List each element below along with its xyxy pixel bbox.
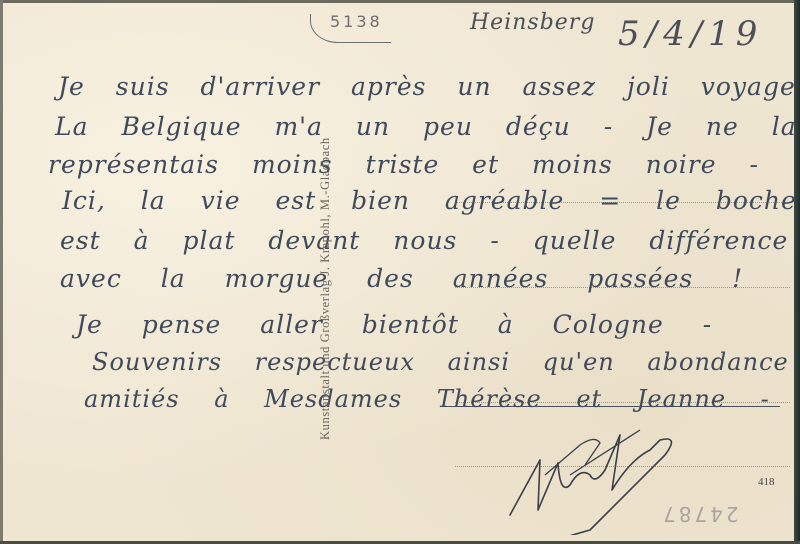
archive-number: 5138: [330, 12, 383, 31]
message-line-5: est à plat devant nous - quelle différen…: [60, 226, 788, 255]
card-edge-top: [0, 0, 800, 3]
message-line-6: avec la morgue des années passées !: [60, 264, 743, 293]
publisher-imprint: Kunstanstalt und Großverlag J. Krapohl, …: [318, 137, 333, 440]
pencil-inventory-number: 24787: [660, 502, 739, 526]
place-name: Heinsberg: [470, 10, 595, 35]
message-line-1: Je suis d'arriver après un assez joli vo…: [58, 72, 800, 101]
postcard-back: 5138 Heinsberg 5/4/19 Je suis d'arriver …: [0, 0, 800, 544]
message-line-8: Souvenirs respectueux ainsi qu'en abonda…: [92, 348, 789, 376]
print-number: 418: [758, 476, 775, 488]
pencil-inventory-number-text: 24787: [660, 502, 739, 526]
date: 5/4/19: [618, 14, 763, 54]
card-edge-left: [0, 0, 3, 544]
message-line-2: La Belgique m'a un peu déçu - Je ne la: [55, 112, 797, 141]
message-line-7: Je pense aller bientôt à Cologne -: [76, 310, 712, 339]
message-line-3: représentais moins triste et moins noire…: [48, 150, 759, 179]
message-line-9: amitiés à Mesdames Thérèse et Jeanne -: [84, 385, 770, 413]
message-line-4: Ici, la vie est bien agréable = le boche: [62, 186, 797, 215]
